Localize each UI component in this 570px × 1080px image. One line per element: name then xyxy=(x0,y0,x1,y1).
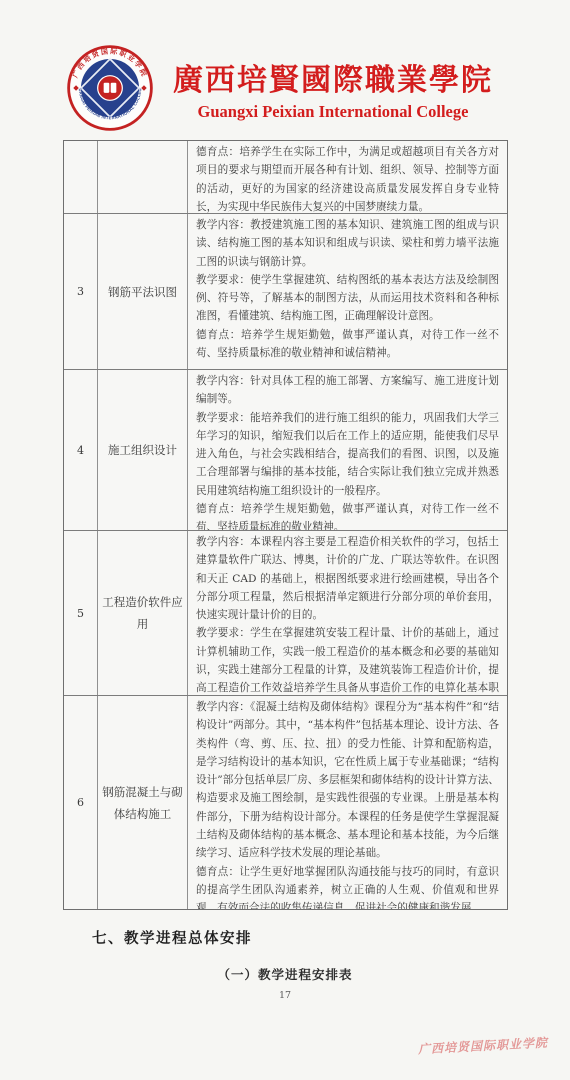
table-row-6: 6 钢筋混凝土与砌体结构施工 教学内容：《混凝土结构及砌体结构》课程分为“基本构… xyxy=(64,696,507,909)
college-watermark: 广西培贤国际职业学院 xyxy=(418,1034,549,1058)
course-description: 教学内容：《混凝土结构及砌体结构》课程分为“基本构件”和“结构设计”两部分。其中… xyxy=(188,696,507,909)
college-name-zh: 廣西培賢國際職業學院 xyxy=(156,55,510,99)
description-paragraph: 德育点：培养学生规矩勤勉，做事严谨认真，对待工作一丝不苟、坚持质量标准的敬业精神… xyxy=(196,326,499,363)
description-paragraph: 德育点：培养学生在实际工作中，为满足或超越项目有关各方对项目的要求与期望而开展各… xyxy=(196,143,499,213)
college-logo: 广西培贤国际职业学院 GUANGXI PEIXIAN INTERNATIONAL… xyxy=(66,44,154,132)
course-description: 教学内容：教授建筑施工图的基本知识、建筑施工图的组成与识读、结构施工图的基本知识… xyxy=(188,214,507,369)
course-description: 教学内容：本课程内容主要是工程造价相关软件的学习，包括土建算量软件广联达、博奥，… xyxy=(188,531,507,695)
description-paragraph: 教学内容：针对具体工程的施工部署、方案编写、施工进度计划编制等。 xyxy=(196,372,499,409)
table-row-5: 5 工程造价软件应用 教学内容：本课程内容主要是工程造价相关软件的学习，包括土建… xyxy=(64,531,507,696)
description-paragraph: 教学内容：《混凝土结构及砌体结构》课程分为“基本构件”和“结构设计”两部分。其中… xyxy=(196,698,499,863)
college-header: 广西培贤国际职业学院 GUANGXI PEIXIAN INTERNATIONAL… xyxy=(66,44,510,132)
table-row-4: 4 施工组织设计 教学内容：针对具体工程的施工部署、方案编写、施工进度计划编制等… xyxy=(64,370,507,531)
course-number xyxy=(64,141,98,213)
description-paragraph: 教学内容：本课程内容主要是工程造价相关软件的学习，包括土建算量软件广联达、博奥，… xyxy=(196,533,499,624)
description-paragraph: 教学要求：使学生掌握建筑、结构图纸的基本表达方法及绘制图例、符号等，了解基本的制… xyxy=(196,271,499,326)
college-seal-icon: 广西培贤国际职业学院 GUANGXI PEIXIAN INTERNATIONAL… xyxy=(66,44,154,132)
table-row-continued: 德育点：培养学生在实际工作中，为满足或超越项目有关各方对项目的要求与期望而开展各… xyxy=(64,141,507,214)
course-description: 教学内容：针对具体工程的施工部署、方案编写、施工进度计划编制等。 教学要求：能培… xyxy=(188,370,507,530)
course-name: 钢筋平法识图 xyxy=(98,214,188,369)
section-heading: 七、教学进程总体安排 xyxy=(92,927,252,948)
description-paragraph: 教学要求：能培养我们的进行施工组织的能力，巩固我们大学三年学习的知识，缩短我们以… xyxy=(196,409,499,500)
description-paragraph: 德育点：培养学生规矩勤勉，做事严谨认真，对待工作一丝不苟、坚持质量标准的敬业精神… xyxy=(196,500,499,530)
course-number: 3 xyxy=(64,214,98,369)
college-titles: 廣西培賢國際職業學院 Guangxi Peixian International… xyxy=(154,55,510,122)
course-name: 钢筋混凝土与砌体结构施工 xyxy=(98,696,188,909)
document-page: 广西培贤国际职业学院 GUANGXI PEIXIAN INTERNATIONAL… xyxy=(0,0,570,1080)
college-name-en: Guangxi Peixian International College xyxy=(156,102,510,122)
course-number: 6 xyxy=(64,696,98,909)
course-name: 施工组织设计 xyxy=(98,370,188,530)
course-description: 德育点：培养学生在实际工作中，为满足或超越项目有关各方对项目的要求与期望而开展各… xyxy=(188,141,507,213)
course-table: 德育点：培养学生在实际工作中，为满足或超越项目有关各方对项目的要求与期望而开展各… xyxy=(63,140,508,910)
course-name xyxy=(98,141,188,213)
description-paragraph: 教学内容：教授建筑施工图的基本知识、建筑施工图的组成与识读、结构施工图的基本知识… xyxy=(196,216,499,271)
course-number: 4 xyxy=(64,370,98,530)
description-paragraph: 教学要求：学生在掌握建筑安装工程计量、计价的基础上，通过计算机辅助工作，实践一般… xyxy=(196,624,499,695)
table-row-3: 3 钢筋平法识图 教学内容：教授建筑施工图的基本知识、建筑施工图的组成与识读、结… xyxy=(64,214,507,370)
description-paragraph: 德育点：让学生更好地掌握团队沟通技能与技巧的同时，有意识的提高学生团队沟通素养，… xyxy=(196,863,499,909)
sub-heading: （一）教学进程安排表 xyxy=(0,965,570,983)
page-number: 17 xyxy=(0,990,570,1001)
course-number: 5 xyxy=(64,531,98,695)
course-name: 工程造价软件应用 xyxy=(98,531,188,695)
